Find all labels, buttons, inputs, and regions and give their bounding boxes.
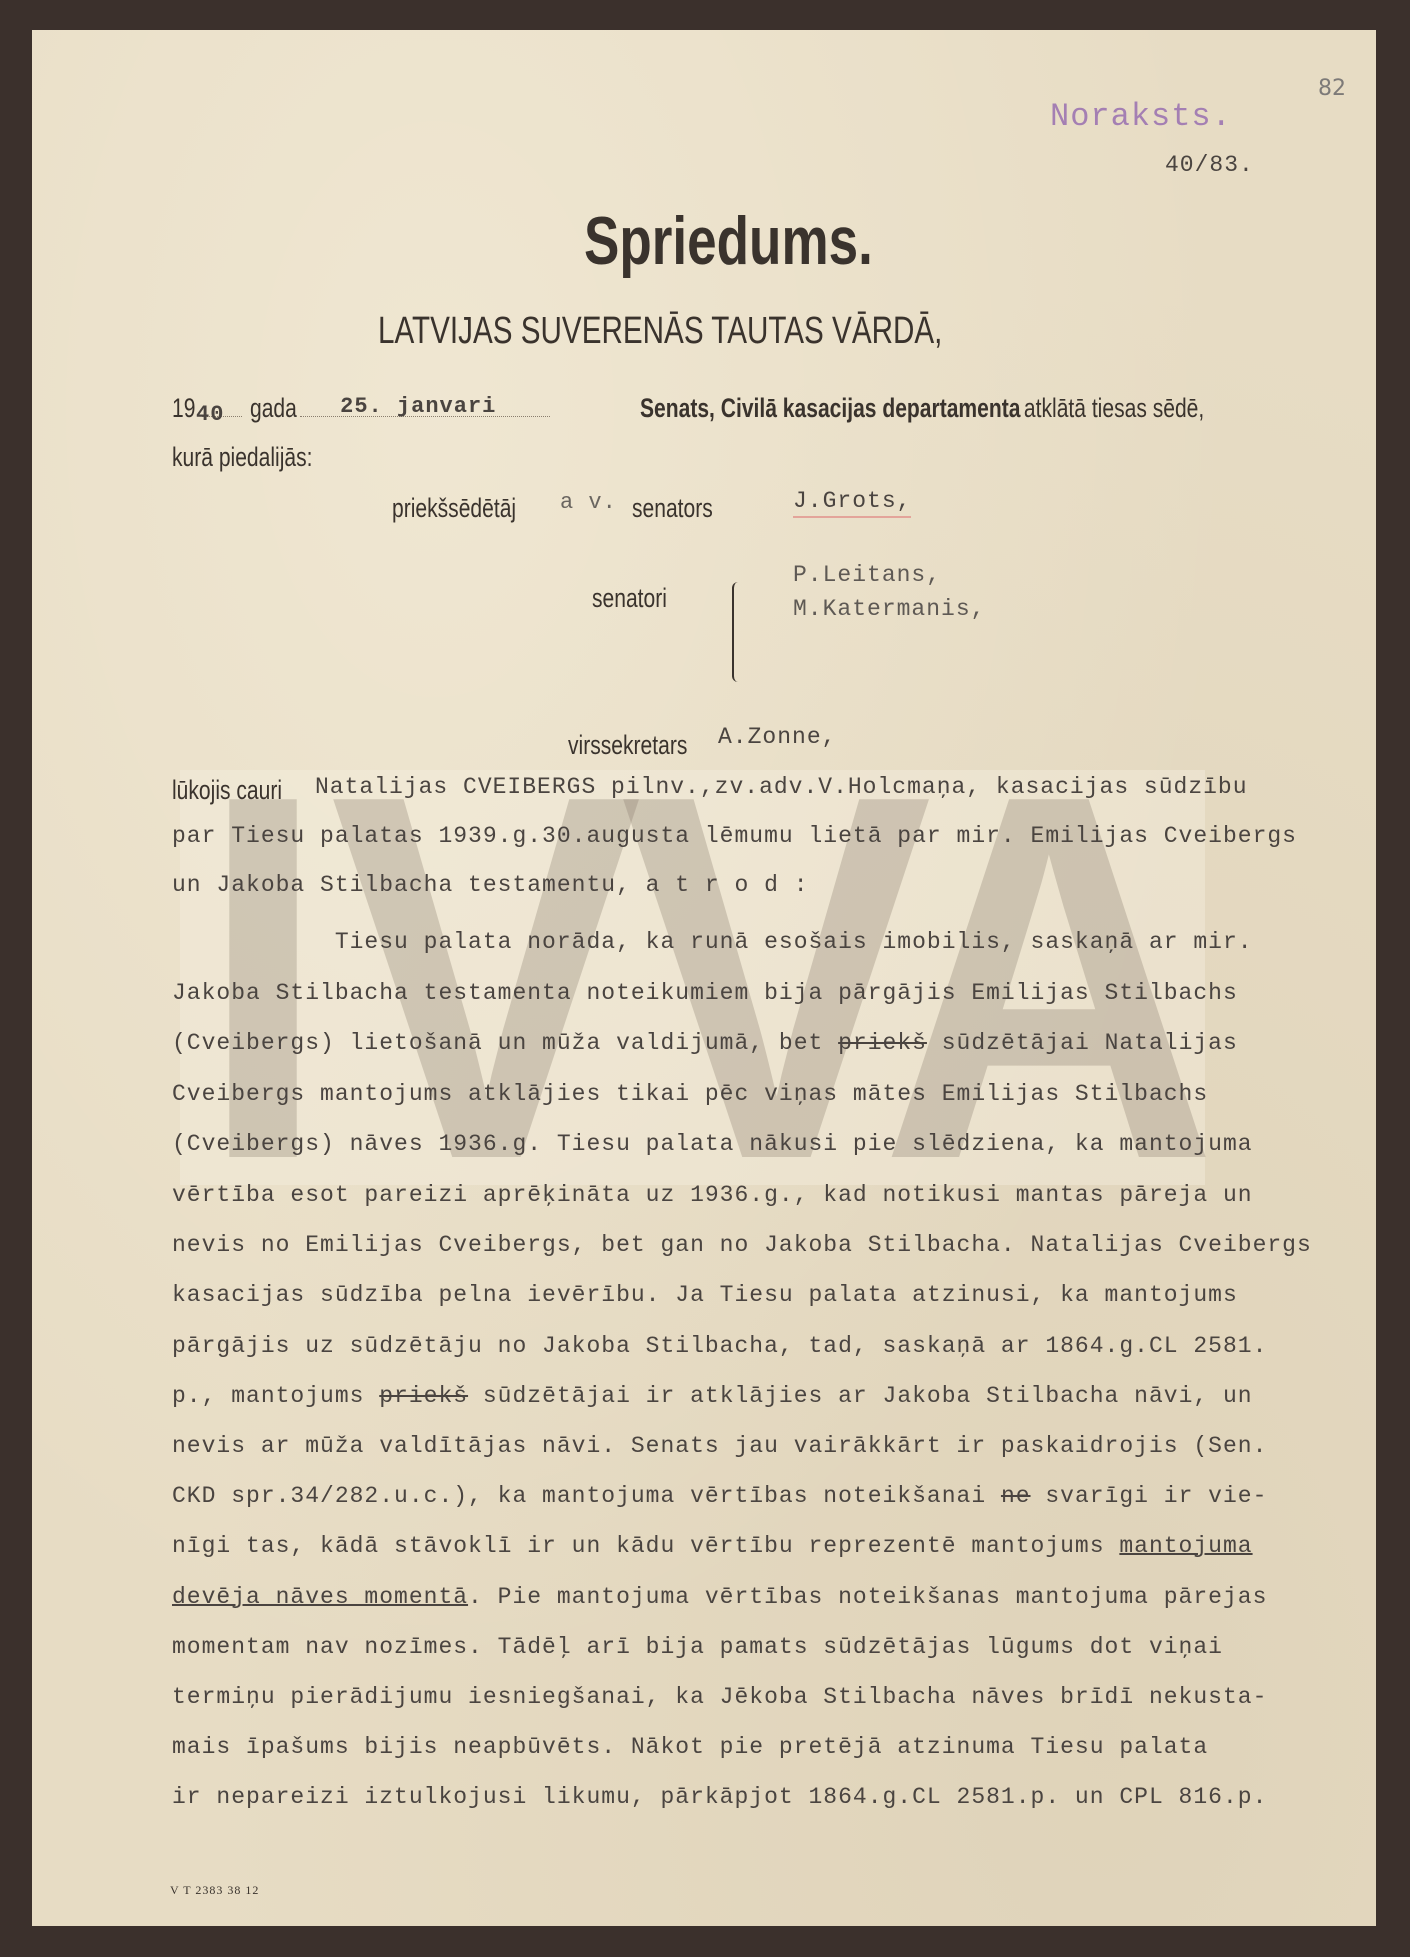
struck-text: priekš: [838, 1030, 927, 1056]
year-field: 40: [202, 416, 242, 417]
body-line: nevis no Emilijas Cveibergs, bet gan no …: [172, 1232, 1312, 1258]
body-line: Natalijas CVEIBERGS pilnv.,zv.adv.V.Holc…: [315, 774, 1248, 800]
body-line: mais īpašums bijis neapbūvēts. Nākot pie…: [172, 1734, 1208, 1760]
day-value: 25. janvari: [340, 394, 496, 419]
secretary-name: A.Zonne,: [718, 724, 836, 750]
body-line: par Tiesu palatas 1939.g.30.augusta lēmu…: [172, 823, 1297, 849]
year-value: 40: [196, 402, 224, 427]
line-text: p., mantojums: [172, 1383, 379, 1409]
body-line: ir nepareizi iztulkojusi likumu, pārkāpj…: [172, 1784, 1267, 1810]
chair-label-text: priekšsēdētāj: [392, 493, 516, 523]
court-session: atklātā tiesas sēdē,: [1024, 393, 1204, 423]
line-text: (Cveibergs) lietošanā un mūža valdijumā,…: [172, 1030, 838, 1056]
chair-title: senators: [632, 493, 713, 524]
line-text: svarīgi ir vie-: [1031, 1483, 1268, 1509]
body-line: vērtība esot pareizi aprēķināta uz 1936.…: [172, 1182, 1253, 1208]
line-text: sūdzētājai ir atklājies ar Jakoba Stilba…: [468, 1383, 1253, 1409]
court-line: Senats, Civilā kasacijas departamenta at…: [640, 393, 1204, 424]
body-line: nīgi tas, kādā stāvoklī ir un kādu vērtī…: [172, 1533, 1253, 1559]
underlined-text: mantojuma: [1119, 1533, 1252, 1559]
body-line: nevis ar mūža valdītājas nāvi. Senats ja…: [172, 1433, 1267, 1459]
body-line: un Jakoba Stilbacha testamentu, a t r o …: [172, 872, 809, 898]
body-line: Jakoba Stilbacha testamenta noteikumiem …: [172, 980, 1238, 1006]
body-line: p., mantojums priekš sūdzētājai ir atklā…: [172, 1383, 1253, 1409]
chair-name: J.Grots,: [793, 488, 911, 514]
date-row: 1940 gada25. janvari: [172, 393, 550, 424]
body-line: termiņu pierādijumu iesniegšanai, ka Jēk…: [172, 1684, 1267, 1710]
body-intro-label: lūkojis cauri: [172, 775, 282, 806]
body-line: Cveibergs mantojums atklājies tikai pēc …: [172, 1081, 1208, 1107]
struck-text: priekš: [379, 1383, 468, 1409]
secretary-label: virssekretars: [568, 730, 687, 761]
body-line: CKD spr.34/282.u.c.), ka mantojuma vērtī…: [172, 1483, 1267, 1509]
document-page: I V V A 82 Noraksts. 40/83. Spriedums. L…: [32, 30, 1376, 1926]
senator-name: P.Leitans,: [793, 562, 941, 588]
participants-intro: kurā piedalijās:: [172, 442, 312, 473]
line-text: nīgi tas, kādā stāvoklī ir un kādu vērtī…: [172, 1533, 1119, 1559]
document-subtitle: LATVIJAS SUVERENĀS TAUTAS VĀRDĀ,: [378, 310, 942, 353]
line-text: sūdzētājai Natalijas: [927, 1030, 1238, 1056]
body-line: pārgājis uz sūdzētāju no Jakoba Stilbach…: [172, 1333, 1267, 1359]
senators-label: senatori: [592, 583, 667, 614]
struck-text: ne: [1001, 1483, 1031, 1509]
chair-suffix: a v.: [560, 490, 617, 515]
body-line: kasacijas sūdzība pelna ievērību. Ja Tie…: [172, 1282, 1238, 1308]
court-name: Senats, Civilā kasacijas departamenta: [640, 393, 1020, 423]
body-line: (Cveibergs) nāves 1936.g. Tiesu palata n…: [172, 1131, 1253, 1157]
line-text: CKD spr.34/282.u.c.), ka mantojuma vērtī…: [172, 1483, 1001, 1509]
print-code: V T 2383 38 12: [170, 1883, 259, 1898]
brace-icon: [732, 582, 748, 682]
body-line: Tiesu palata norāda, ka runā esošais imo…: [172, 929, 1253, 955]
gada-label: gada: [250, 393, 297, 424]
senator-name: M.Katermanis,: [793, 596, 985, 622]
chair-label: priekšsēdētāj: [392, 493, 516, 524]
line-text: . Pie mantojuma vērtības noteikšanas man…: [468, 1584, 1267, 1610]
body-line: devēja nāves momentā. Pie mantojuma vērt…: [172, 1584, 1267, 1610]
copy-stamp: Noraksts.: [1050, 98, 1232, 135]
year-prefix: 19: [172, 393, 195, 424]
day-field: 25. janvari: [300, 416, 550, 417]
body-line: momentam nav nozīmes. Tādēļ arī bija pam…: [172, 1634, 1223, 1660]
case-number: 40/83.: [1165, 152, 1254, 178]
body-line: (Cveibergs) lietošanā un mūža valdijumā,…: [172, 1030, 1238, 1056]
chair-name-text: J.Grots,: [793, 488, 911, 518]
underlined-text: devēja nāves momentā: [172, 1584, 468, 1610]
document-title: Spriedums.: [584, 202, 873, 280]
page-number: 82: [1318, 76, 1346, 101]
